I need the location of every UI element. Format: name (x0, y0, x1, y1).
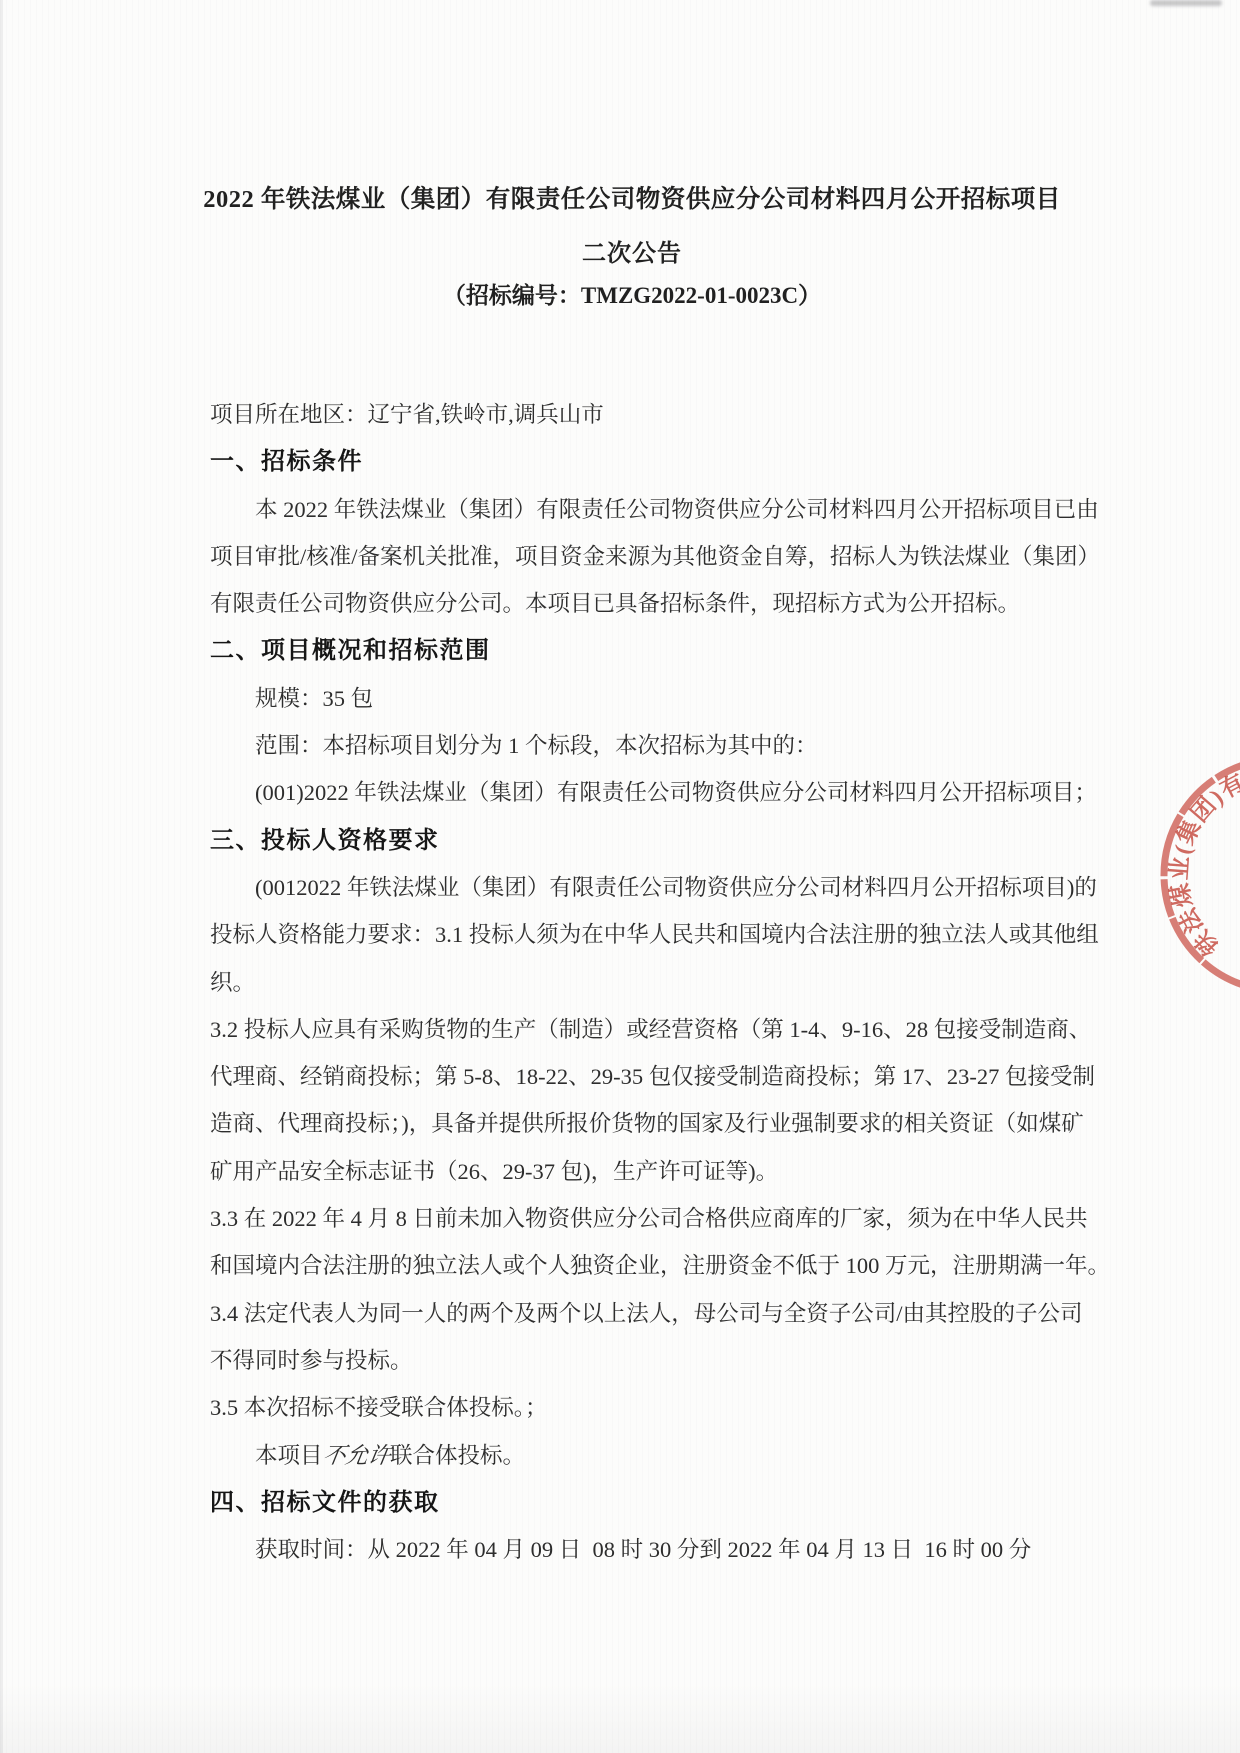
seal-ring (1164, 759, 1240, 991)
doc-line: 造商、代理商投标；)，具备并提供所报价货物的国家及行业强制要求的相关资证（如煤矿 (210, 1100, 1060, 1147)
company-seal-stamp: 铁法煤业(集团)有限责任公司 (1160, 742, 1240, 1008)
scan-edge-artifact (0, 0, 3, 1753)
obtain-time-line: 获取时间：从 2022 年 04 月 09 日 08 时 30 分到 2022 … (210, 1526, 1060, 1573)
seal-svg: 铁法煤业(集团)有限责任公司 (1160, 742, 1240, 1008)
doc-line: 和国境内合法注册的独立法人或个人独资企业，注册资金不低于 100 万元，注册期满… (210, 1242, 1060, 1289)
joint-bid-note-prefix: 本项目 (255, 1443, 323, 1468)
document-title-block: 2022 年铁法煤业（集团）有限责任公司物资供应分公司材料四月公开招标项目 二次… (108, 182, 1156, 312)
doc-line: 代理商、经销商投标；第 5-8、18-22、29-35 包仅接受制造商投标；第 … (210, 1053, 1060, 1100)
doc-line: 3.5 本次招标不接受联合体投标。； (210, 1384, 1060, 1431)
section-heading-1: 一、招标条件 (210, 438, 1060, 485)
doc-line: 有限责任公司物资供应分公司。本项目已具备招标条件，现招标方式为公开招标。 (210, 580, 1060, 627)
doc-line: 不得同时参与投标。 (210, 1337, 1060, 1384)
section-heading-3: 三、投标人资格要求 (210, 817, 1060, 864)
scale-line: 规模：35 包 (210, 675, 1060, 722)
lot-line: (001)2022 年铁法煤业（集团）有限责任公司物资供应分公司材料四月公开招标… (210, 769, 1060, 816)
doc-line: 3.4 法定代表人为同一人的两个及两个以上法人，母公司与全资子公司/由其控股的子… (210, 1290, 1060, 1337)
doc-line: 投标人资格能力要求：3.1 投标人须为在中华人民共和国境内合法注册的独立法人或其… (210, 911, 1060, 958)
doc-line: 织。 (210, 959, 1060, 1006)
scope-line: 范围：本招标项目划分为 1 个标段，本次招标为其中的： (210, 722, 1060, 769)
document-title-line2: 二次公告 (108, 238, 1156, 270)
section-heading-2: 二、项目概况和招标范围 (210, 627, 1060, 674)
project-location-line: 项目所在地区：辽宁省,铁岭市,调兵山市 (210, 391, 1060, 438)
doc-line: 矿用产品安全标志证书（26、29-37 包)，生产许可证等)。 (210, 1148, 1060, 1195)
doc-line: 3.3 在 2022 年 4 月 8 日前未加入物资供应分公司合格供应商库的厂家… (210, 1195, 1060, 1242)
scan-smudge-artifact (1150, 0, 1222, 6)
seal-ring-text-path: 铁法煤业(集团)有限责任公司 (1166, 761, 1240, 962)
tender-number: （招标编号：TMZG2022-01-0023C） (108, 280, 1156, 312)
doc-line: 3.2 投标人应具有采购货物的生产（制造）或经营资格（第 1-4、9-16、28… (210, 1006, 1060, 1053)
document-body: 项目所在地区：辽宁省,铁岭市,调兵山市 一、招标条件 本 2022 年铁法煤业（… (210, 391, 1060, 1573)
document-title-line1: 2022 年铁法煤业（集团）有限责任公司物资供应分公司材料四月公开招标项目 (108, 182, 1156, 218)
doc-line: 本 2022 年铁法煤业（集团）有限责任公司物资供应分公司材料四月公开招标项目已… (210, 486, 1060, 533)
section-heading-4: 四、招标文件的获取 (210, 1479, 1060, 1526)
joint-bid-note-line: 本项目不允许联合体投标。 (210, 1432, 1060, 1479)
joint-bid-note-emphasis: 不允许 (319, 1432, 394, 1479)
joint-bid-note-suffix: 联合体投标。 (390, 1443, 525, 1468)
scanned-document-page: 2022 年铁法煤业（集团）有限责任公司物资供应分公司材料四月公开招标项目 二次… (0, 0, 1240, 1753)
doc-line: (0012022 年铁法煤业（集团）有限责任公司物资供应分公司材料四月公开招标项… (210, 864, 1060, 911)
doc-line: 项目审批/核准/备案机关批准，项目资金来源为其他资金自筹，招标人为铁法煤业（集团… (210, 533, 1060, 580)
